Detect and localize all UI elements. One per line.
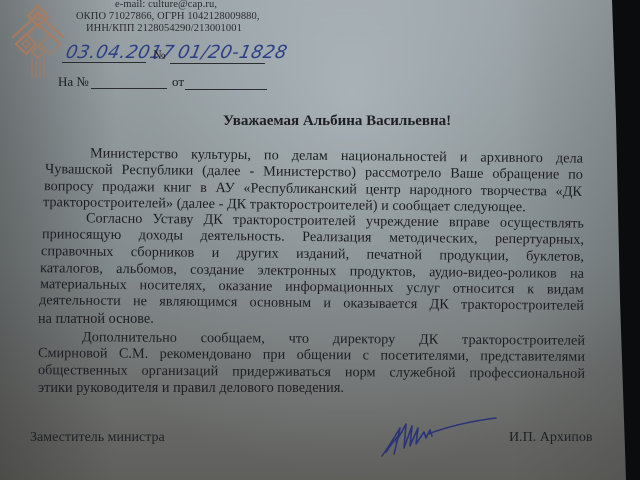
reply-from-underline xyxy=(185,89,267,90)
reply-to-underline xyxy=(91,88,167,89)
signatory-position: Заместитель министра xyxy=(30,430,165,446)
paragraph-3-line-4: этики руководителя и правил делового пов… xyxy=(38,380,344,396)
chuvash-emblem-icon xyxy=(2,2,74,78)
number-underline xyxy=(170,63,265,64)
signatory-name: И.П. Архипов xyxy=(509,430,592,446)
reply-from-label: от xyxy=(172,74,184,90)
letterhead-okpo: ОКПО 71027866, ОГРН 1042128009880, xyxy=(76,11,260,22)
photo-scene: e-mail: culture@cap.ru, ОКПО 71027866, О… xyxy=(0,0,640,480)
date-underline xyxy=(62,62,146,63)
reply-to-label: На № xyxy=(58,74,89,90)
letterhead-inn: ИНН/КПП 2128054290/213001001 xyxy=(86,23,242,34)
registration-number: 01/20-1828 xyxy=(176,42,290,63)
greeting: Уважаемая Альбина Васильевна! xyxy=(223,113,451,130)
paragraph-2-line-7: на платной основе. xyxy=(38,311,154,327)
number-label: № xyxy=(153,47,165,63)
letterhead-email: e-mail: culture@cap.ru, xyxy=(115,0,217,10)
handwritten-signature-icon xyxy=(372,412,502,460)
